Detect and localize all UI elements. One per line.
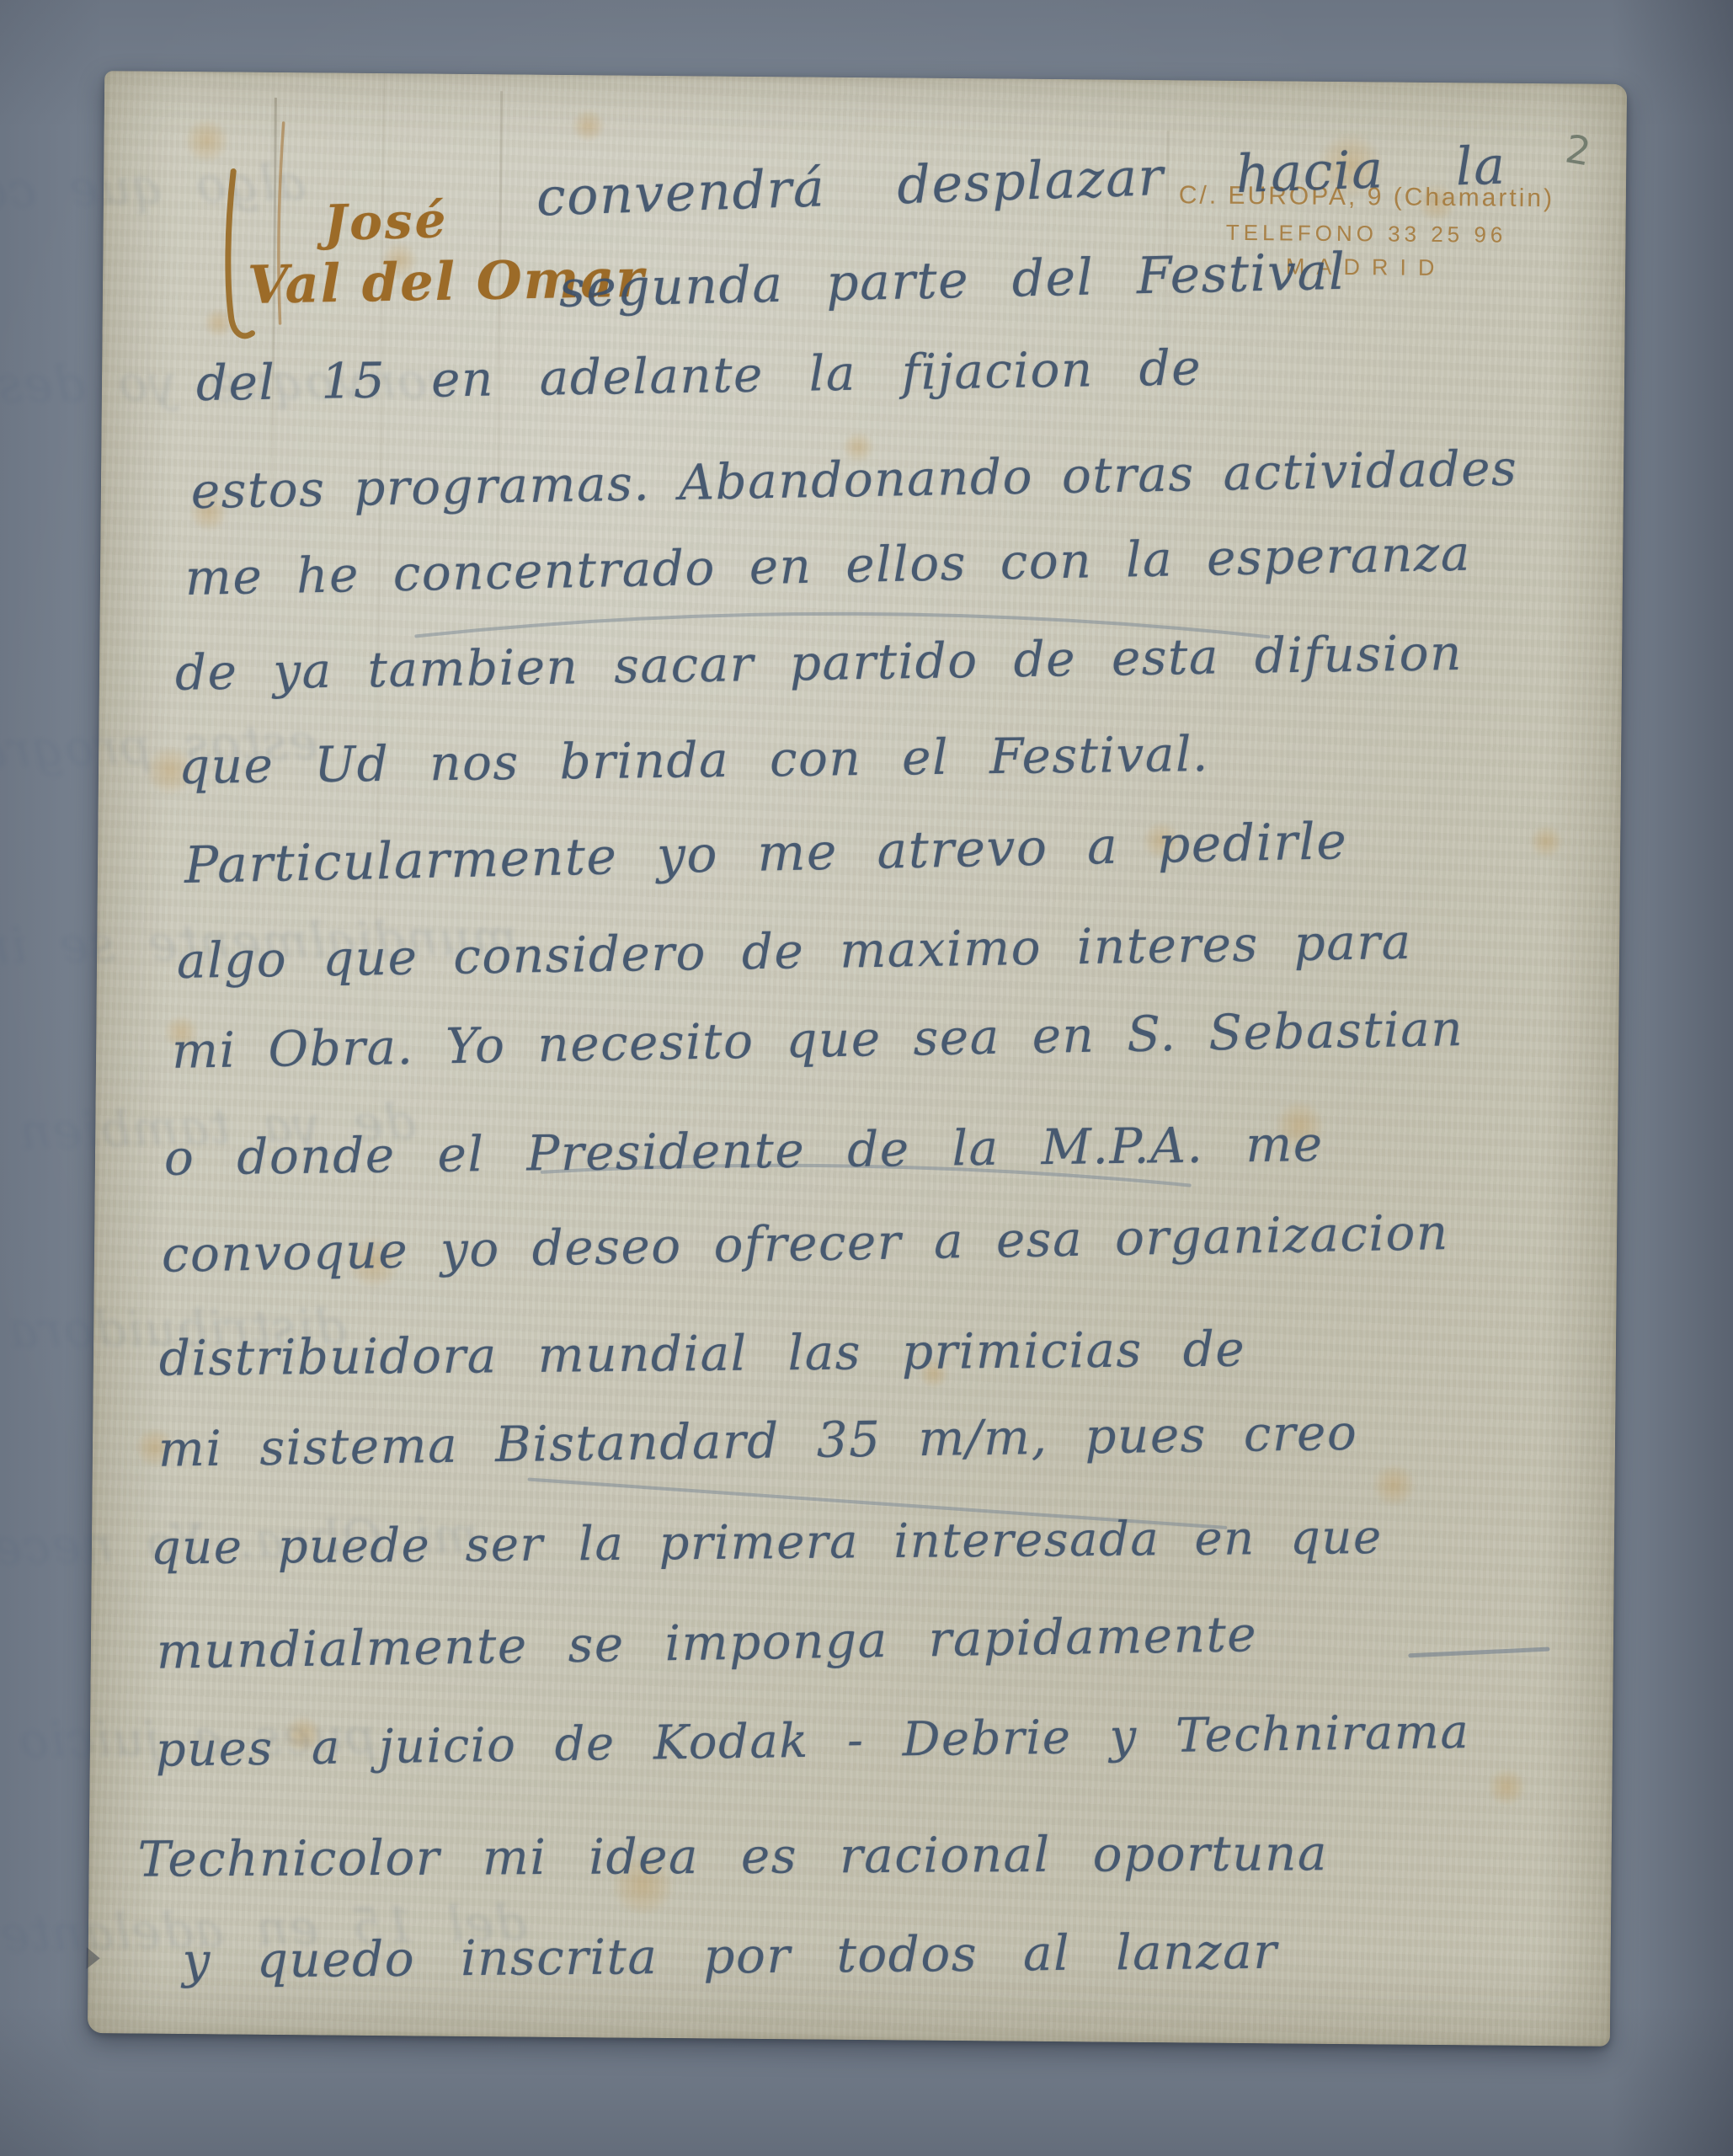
letter-line: mi sistema Bistandard 35 m/m, pues creo	[157, 1406, 1357, 1477]
letter-line: que Ud nos brinda con el Festival.	[179, 728, 1210, 794]
letter-line: que puede ser la primera interesada en q…	[151, 1512, 1383, 1574]
foxing-stain	[1487, 1768, 1526, 1806]
letter-line: distribuidora mundial las primicias de	[159, 1323, 1246, 1386]
letter-body: convendrá desplazar hacia lasegunda part…	[104, 71, 1627, 84]
letter-line: y quedo inscrita por todos al lanzar	[182, 1925, 1277, 1988]
letter-page: algo que considero de maximo interes par…	[88, 71, 1627, 2047]
foxing-stain	[203, 307, 233, 338]
letter-line: estos programas. Abandonando otras activ…	[190, 442, 1517, 519]
scan-background: algo que considero de maximo interes par…	[0, 0, 1733, 2156]
letter-line: Particularmente yo me atrevo a pedirle	[184, 814, 1348, 894]
letter-line: o donde el Presidente de la M.P.A. me	[164, 1118, 1324, 1186]
letter-line: mi Obra. Yo necesito que sea en S. Sebas…	[171, 1002, 1464, 1079]
letter-line: me he concentrado en ellos con la espera…	[184, 527, 1471, 606]
page-number: 2	[1562, 125, 1594, 174]
letter-line: segunda parte del Festival	[558, 244, 1346, 318]
pencil-dash-mark	[1410, 1648, 1548, 1657]
bleed-through-layer: algo que considero de maximo interes par…	[104, 71, 1627, 84]
stain-layer	[104, 71, 1627, 84]
letter-line: de ya tambien sacar partido de esta difu…	[174, 627, 1463, 701]
foxing-stain	[1529, 825, 1563, 858]
foxing-stain	[571, 109, 605, 142]
foxing-stain	[1372, 1463, 1416, 1507]
letterhead-first-name: José	[323, 191, 449, 252]
letter-line: del 15 en adelante la fijacion de	[195, 341, 1202, 411]
letter-line: Technicolor mi idea es racional oportuna	[137, 1827, 1328, 1886]
letterhead-phone: TELEFONO 33 25 96	[1138, 219, 1593, 249]
letter-line: mundialmente se imponga rapidamente	[156, 1608, 1257, 1678]
bleed-through-text: algo que considero de maximo interes par…	[0, 153, 307, 243]
letter-line: convoque yo deseo ofrecer a esa organiza…	[161, 1206, 1449, 1282]
